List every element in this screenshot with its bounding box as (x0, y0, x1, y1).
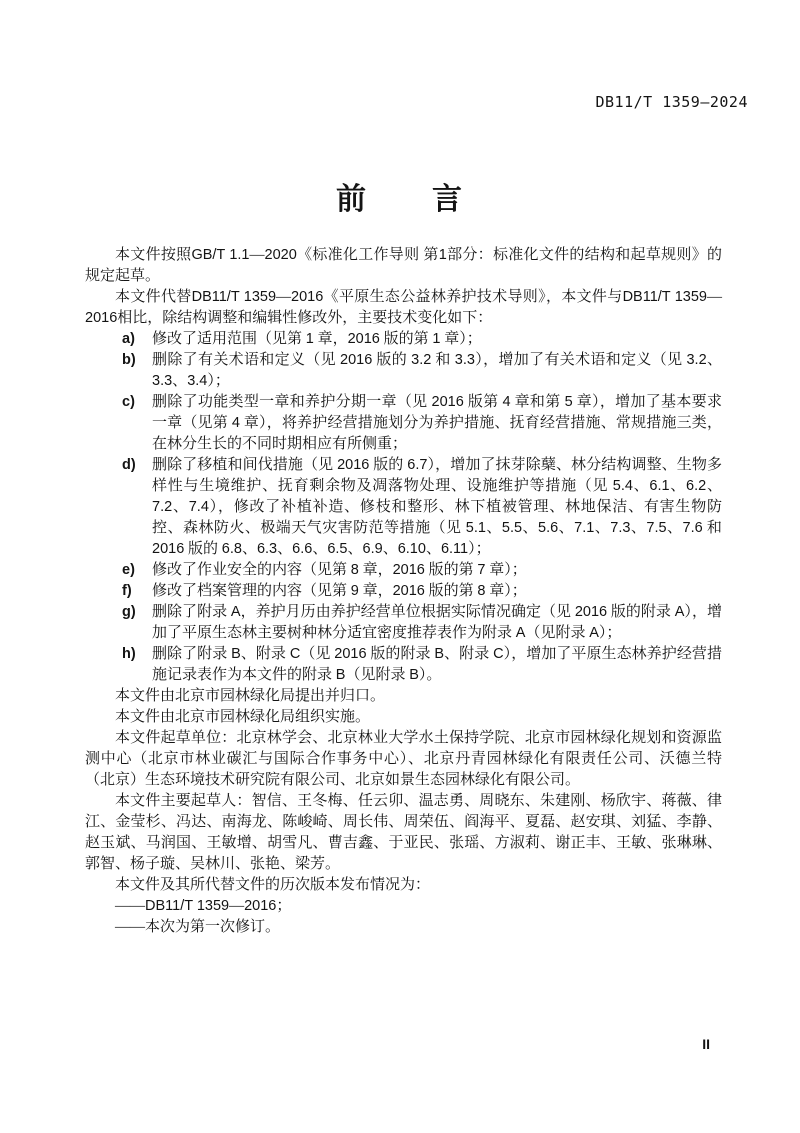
list-item-text: 修改了作业安全的内容（见第 8 章，2016 版的第 7 章）； (152, 560, 722, 581)
intro-paragraph: 本文件按照GB/T 1.1—2020《标准化工作导则 第1部分：标准化文件的结构… (85, 245, 722, 287)
list-item: g) 删除了附录 A，养护月历由养护经营单位根据实际情况确定（见 2016 版的… (85, 602, 722, 644)
standard-code-header: DB11/T 1359—2024 (596, 93, 749, 111)
list-item-label: f) (122, 581, 152, 602)
closing-paragraph: 本文件起草单位：北京林学会、北京林业大学水土保持学院、北京市园林绿化规划和资源监… (85, 728, 722, 791)
closing-paragraph: 本文件及其所代替文件的历次版本发布情况为： (85, 875, 722, 896)
list-item-text: 删除了功能类型一章和养护分期一章（见 2016 版第 4 章和第 5 章），增加… (152, 392, 722, 455)
list-item-label: b) (122, 350, 152, 392)
foreword-body: 本文件按照GB/T 1.1—2020《标准化工作导则 第1部分：标准化文件的结构… (85, 245, 722, 938)
list-item-label: g) (122, 602, 152, 644)
list-item: c) 删除了功能类型一章和养护分期一章（见 2016 版第 4 章和第 5 章）… (85, 392, 722, 455)
list-item: e) 修改了作业安全的内容（见第 8 章，2016 版的第 7 章）； (85, 560, 722, 581)
history-entry: ——DB11/T 1359—2016； (85, 896, 722, 917)
closing-paragraph: 本文件主要起草人：智信、王冬梅、任云卯、温志勇、周晓东、朱建刚、杨欣宇、蒋薇、律… (85, 791, 722, 875)
history-entry: ——本次为第一次修订。 (85, 917, 722, 938)
list-item: b) 删除了有关术语和定义（见 2016 版的 3.2 和 3.3），增加了有关… (85, 350, 722, 392)
list-item-label: e) (122, 560, 152, 581)
list-item-label: a) (122, 329, 152, 350)
list-item-text: 删除了有关术语和定义（见 2016 版的 3.2 和 3.3），增加了有关术语和… (152, 350, 722, 392)
list-item: f) 修改了档案管理的内容（见第 9 章，2016 版的第 8 章）； (85, 581, 722, 602)
list-item-label: c) (122, 392, 152, 455)
page-title: 前 言 (0, 174, 800, 218)
list-item-label: h) (122, 644, 152, 686)
list-item-text: 删除了附录 B、附录 C（见 2016 版的附录 B、附录 C），增加了平原生态… (152, 644, 722, 686)
closing-paragraph: 本文件由北京市园林绿化局组织实施。 (85, 707, 722, 728)
technical-changes-list: a) 修改了适用范围（见第 1 章，2016 版的第 1 章）； b) 删除了有… (85, 329, 722, 686)
list-item-label: d) (122, 455, 152, 560)
list-item-text: 修改了适用范围（见第 1 章，2016 版的第 1 章）； (152, 329, 722, 350)
intro-paragraph: 本文件代替DB11/T 1359—2016《平原生态公益林养护技术导则》，本文件… (85, 287, 722, 329)
list-item-text: 删除了移植和间伐措施（见 2016 版的 6.7），增加了抹芽除蘖、林分结构调整… (152, 455, 722, 560)
document-page: DB11/T 1359—2024 前 言 本文件按照GB/T 1.1—2020《… (0, 0, 800, 1133)
list-item: h) 删除了附录 B、附录 C（见 2016 版的附录 B、附录 C），增加了平… (85, 644, 722, 686)
page-number: II (702, 1036, 710, 1052)
list-item-text: 修改了档案管理的内容（见第 9 章，2016 版的第 8 章）； (152, 581, 722, 602)
list-item: a) 修改了适用范围（见第 1 章，2016 版的第 1 章）； (85, 329, 722, 350)
closing-paragraph: 本文件由北京市园林绿化局提出并归口。 (85, 686, 722, 707)
list-item-text: 删除了附录 A，养护月历由养护经营单位根据实际情况确定（见 2016 版的附录 … (152, 602, 722, 644)
list-item: d) 删除了移植和间伐措施（见 2016 版的 6.7），增加了抹芽除蘖、林分结… (85, 455, 722, 560)
